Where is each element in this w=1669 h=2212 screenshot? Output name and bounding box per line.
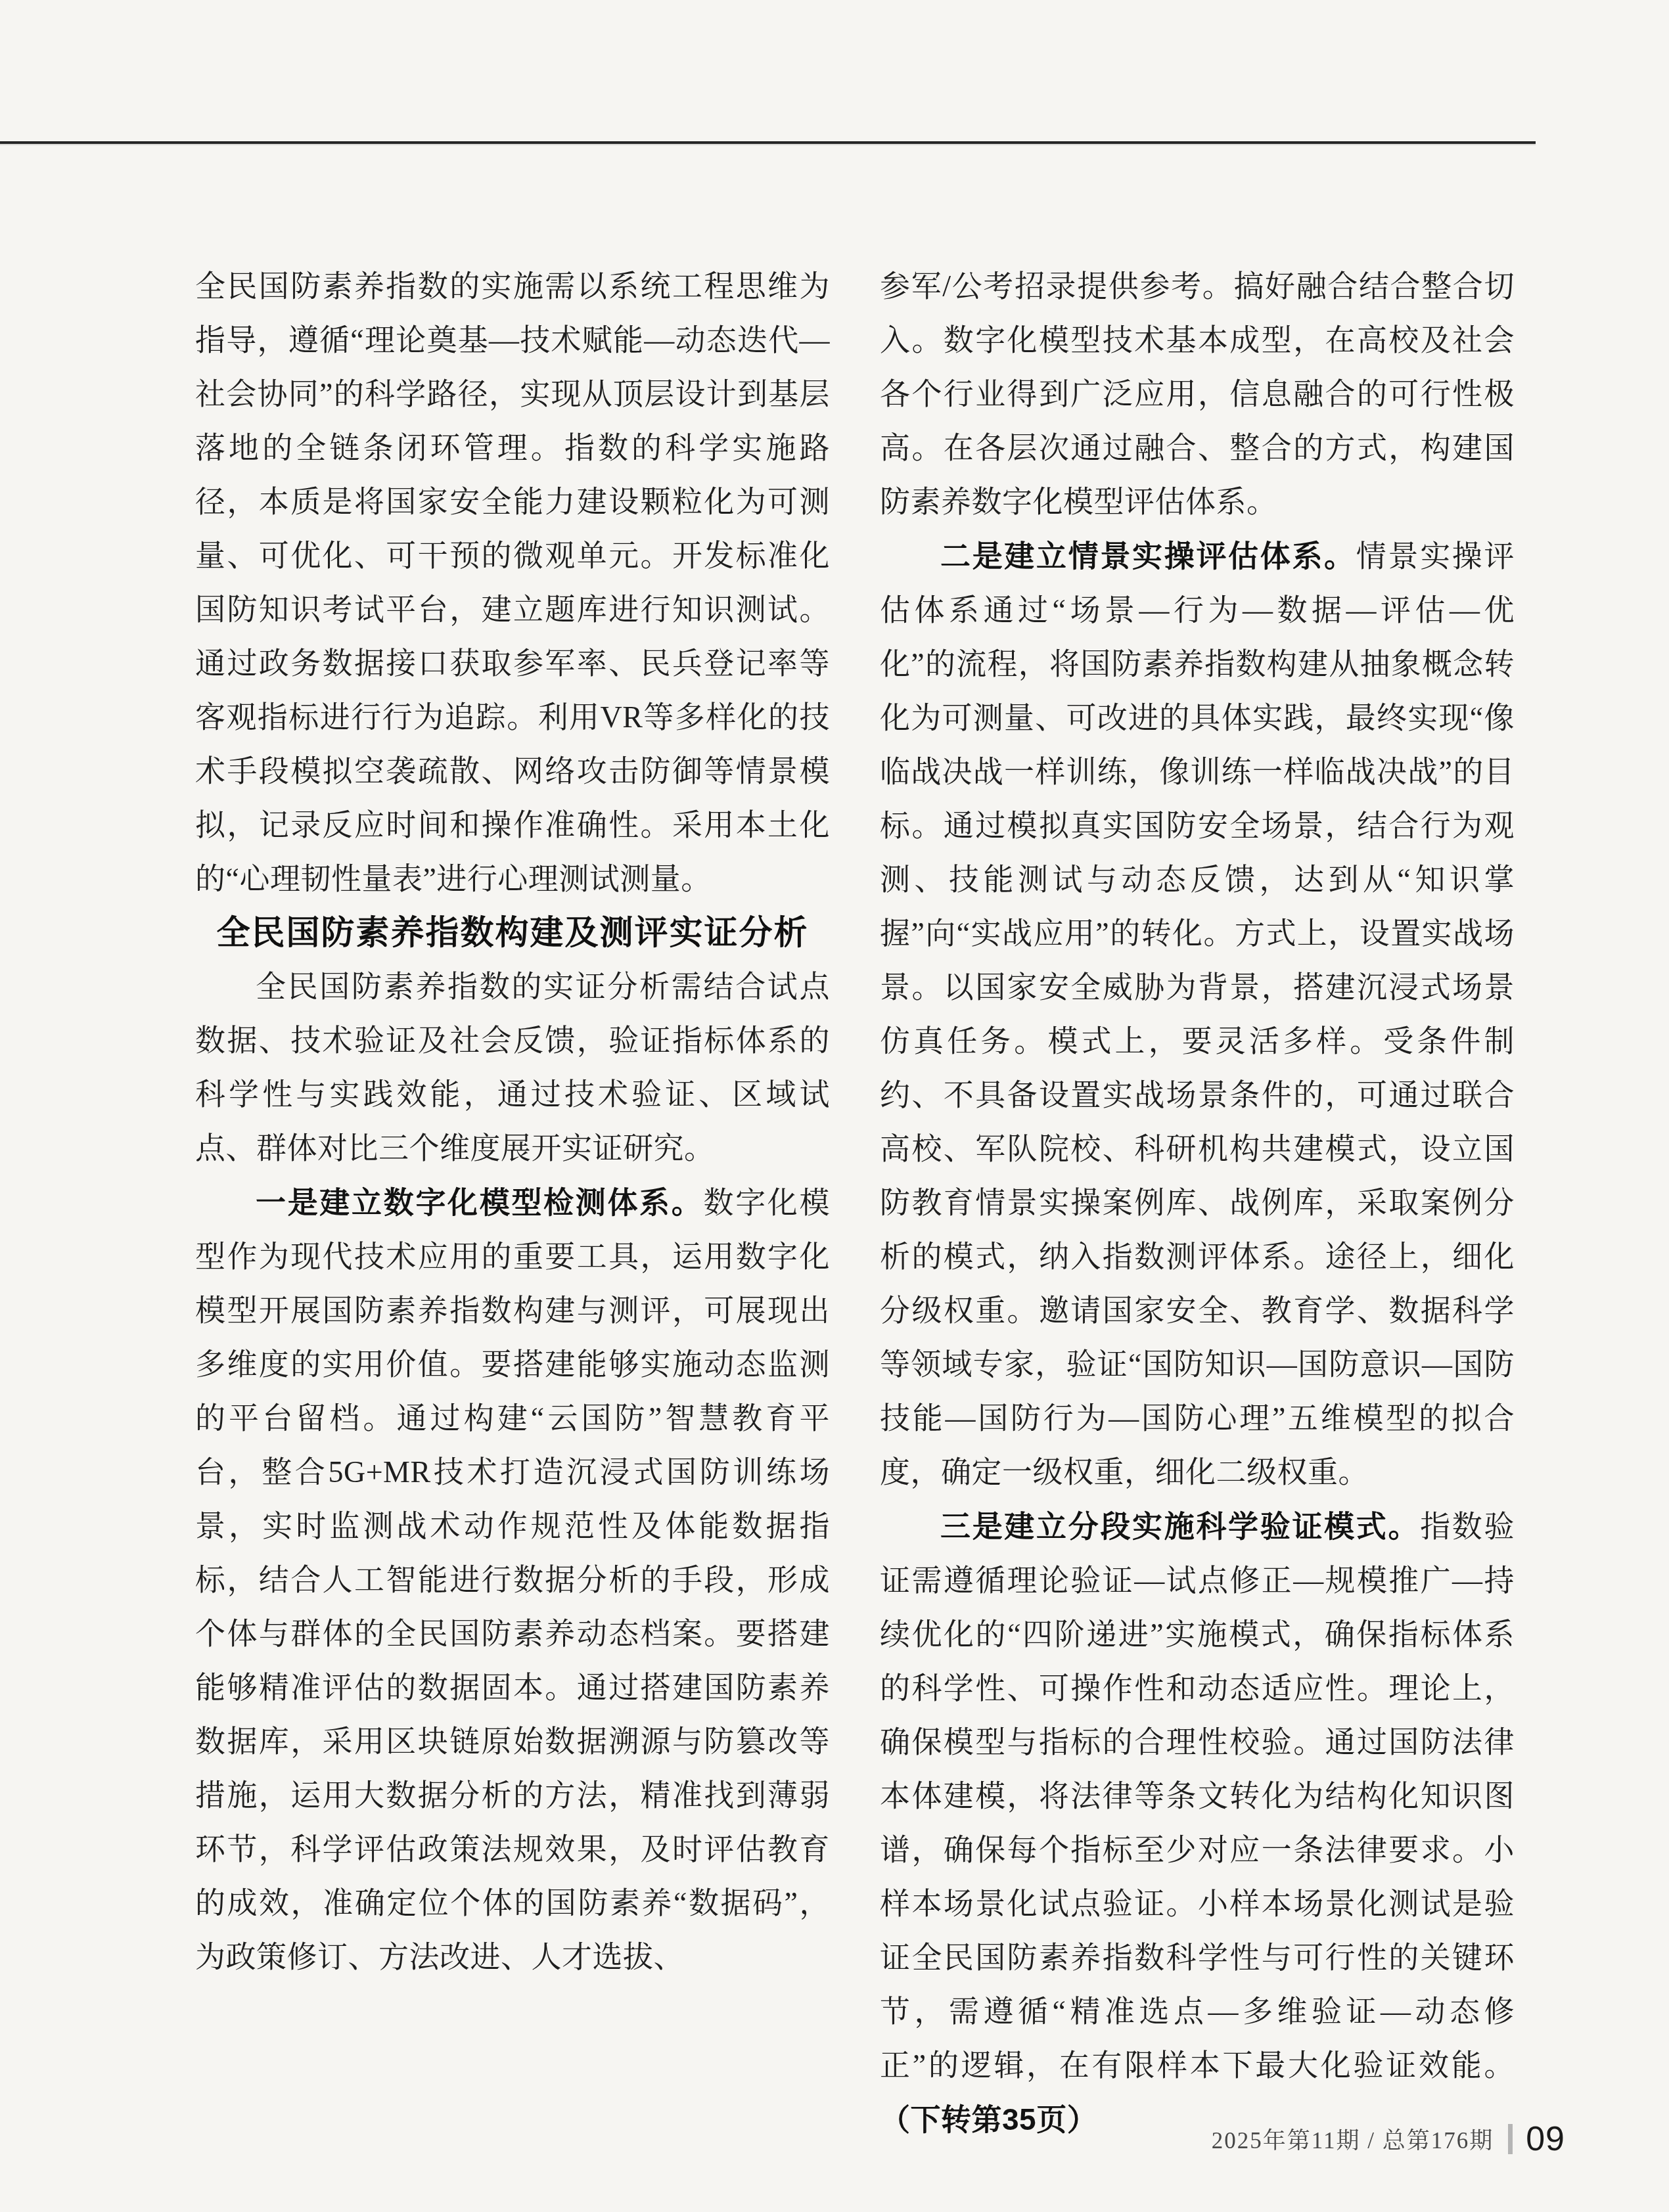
paragraph-point-two: 二是建立情景实操评估体系。情景实操评估体系通过“场景—行为—数据—评估—优化”的…: [880, 529, 1515, 1499]
point-one-lead: 一是建立数字化模型检测体系。: [256, 1185, 703, 1219]
page-footer: 2025年第11期 / 总第176期 09: [1212, 2119, 1565, 2159]
section-heading: 全民国防素养指数构建及测评实证分析: [195, 906, 830, 960]
paragraph-continuation-left: 全民国防素养指数的实施需以系统工程思维为指导，遵循“理论奠基—技术赋能—动态迭代…: [195, 260, 830, 906]
paragraph-continuation-right: 参军/公考招录提供参考。搞好融合结合整合切入。数字化模型技术基本成型，在高校及社…: [880, 260, 1515, 529]
continued-on-page-note: （下转第35页）: [880, 2102, 1097, 2136]
point-two-text: 情景实操评估体系通过“场景—行为—数据—评估—优化”的流程，将国防素养指数构建从…: [880, 539, 1515, 1489]
point-three-text: 指数验证需遵循理论验证—试点修正—规模推广—持续优化的“四阶递进”实施模式，确保…: [880, 1510, 1515, 2082]
point-three-lead: 三是建立分段实施科学验证模式。: [940, 1509, 1420, 1543]
magazine-page: 全民国防素养指数的实施需以系统工程思维为指导，遵循“理论奠基—技术赋能—动态迭代…: [0, 0, 1669, 2212]
point-one-text: 数字化模型作为现代技术应用的重要工具，运用数字化模型开展国防素养指数构建与测评，…: [195, 1186, 830, 1974]
header-rule: [0, 141, 1536, 144]
point-two-lead: 二是建立情景实操评估体系。: [940, 539, 1356, 573]
paragraph-point-three: 三是建立分段实施科学验证模式。指数验证需遵循理论验证—试点修正—规模推广—持续优…: [880, 1499, 1515, 2147]
paragraph-intro: 全民国防素养指数的实证分析需结合试点数据、技术验证及社会反馈，验证指标体系的科学…: [195, 960, 830, 1175]
issue-info: 2025年第11期 / 总第176期: [1212, 2123, 1494, 2156]
right-column: 参军/公考招录提供参考。搞好融合结合整合切入。数字化模型技术基本成型，在高校及社…: [880, 260, 1515, 2147]
footer-divider-bar: [1508, 2124, 1513, 2154]
paragraph-point-one: 一是建立数字化模型检测体系。数字化模型作为现代技术应用的重要工具，运用数字化模型…: [195, 1175, 830, 1984]
left-column: 全民国防素养指数的实施需以系统工程思维为指导，遵循“理论奠基—技术赋能—动态迭代…: [195, 260, 830, 1984]
page-number: 09: [1526, 2119, 1565, 2159]
